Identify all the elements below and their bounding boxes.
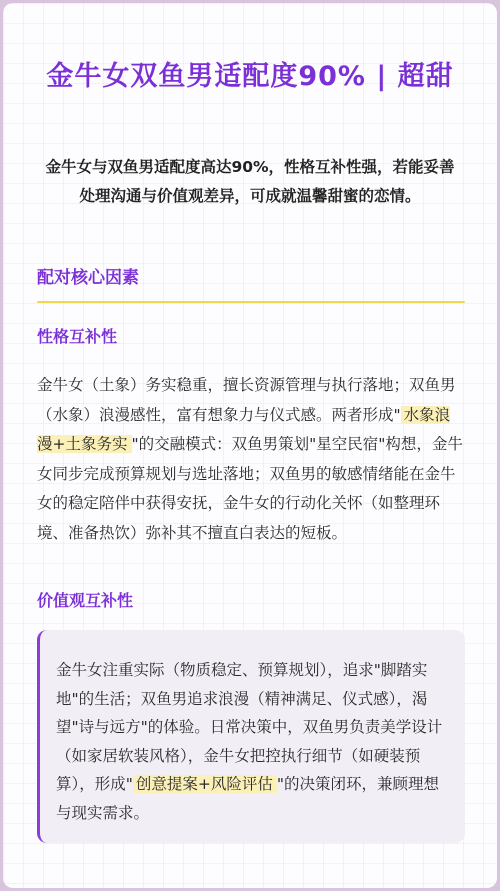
values-paragraph: 金牛女注重实际（物质稳定、预算规划），追求"脚踏实地"的生活；双鱼男追求浪漫（精…	[56, 656, 448, 827]
paragraph-text: 金牛女注重实际（物质稳定、预算规划），追求"脚踏实地"的生活；双鱼男追求浪漫（精…	[56, 661, 442, 793]
section-divider	[37, 301, 465, 303]
page-title: 金牛女双鱼男适配度90% | 超甜	[23, 55, 477, 99]
personality-paragraph: 金牛女（土象）务实稳重，擅长资源管理与执行落地；双鱼男（水象）浪漫感性，富有想象…	[37, 371, 465, 548]
section-heading-core-factors: 配对核心因素	[37, 266, 139, 290]
article-card: 金牛女双鱼男适配度90% | 超甜 金牛女与双鱼男适配度高达90%，性格互补性强…	[3, 3, 497, 888]
summary-text: 金牛女与双鱼男适配度高达90%，性格互补性强，若能妥善处理沟通与价值观差异，可成…	[43, 153, 457, 211]
subsection-heading-personality: 性格互补性	[37, 325, 117, 349]
paragraph-text: 金牛女（土象）务实稳重，擅长资源管理与执行落地；双鱼男（水象）浪漫感性，富有想象…	[37, 376, 456, 424]
highlighted-phrase: 创意提案+风险评估	[133, 775, 277, 793]
subsection-heading-values: 价值观互补性	[37, 589, 133, 613]
values-quote-box: 金牛女注重实际（物质稳定、预算规划），追求"脚踏实地"的生活；双鱼男追求浪漫（精…	[37, 630, 465, 843]
